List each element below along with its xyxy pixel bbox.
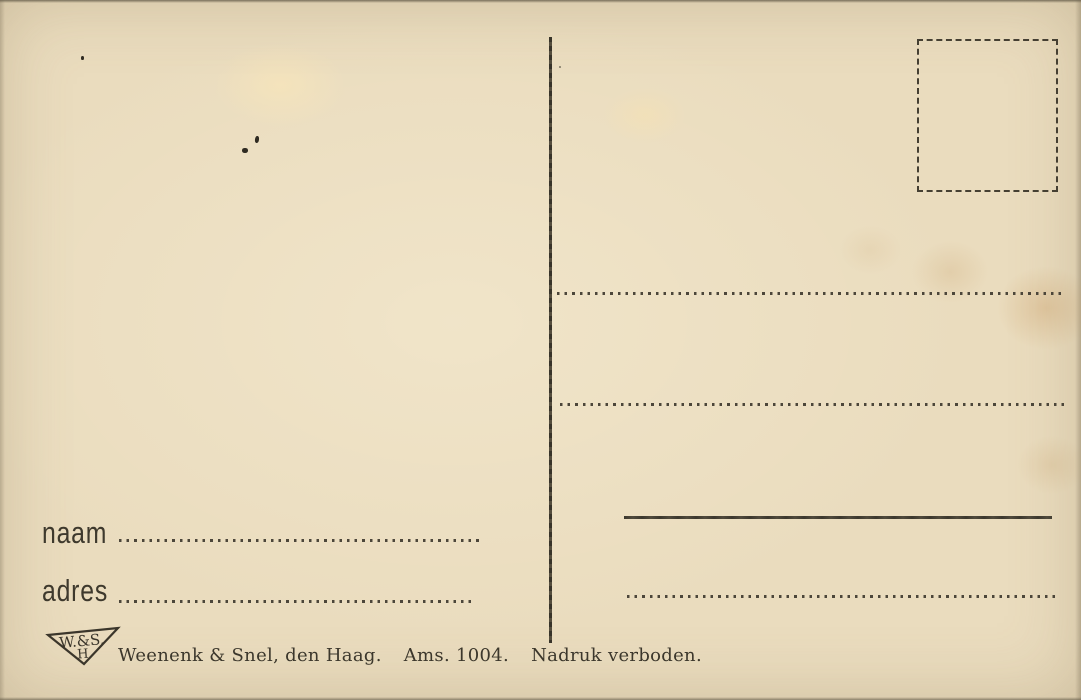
imprint-copyright-notice: Nadruk verboden.: [531, 645, 702, 666]
imprint-line: Weenenk & Snel, den Haag. Ams. 1004. Nad…: [118, 646, 702, 666]
address-ruled-line-3: [627, 595, 1057, 598]
publisher-mark-city-initial: H.: [77, 646, 93, 662]
address-field-line: [119, 600, 471, 603]
publisher-triangle-logo-icon: W.&S. H.: [44, 625, 122, 669]
address-ruled-line-1: [557, 292, 1062, 295]
imprint-publisher: Weenenk & Snel, den Haag.: [118, 645, 382, 666]
address-ruled-line-2: [560, 403, 1065, 406]
ink-speck: [242, 148, 248, 153]
name-field-line: [119, 539, 481, 542]
ink-speck: [559, 66, 561, 68]
address-field-label: adres: [42, 575, 108, 606]
ink-speck: [255, 136, 260, 143]
postcard-back: naam adres W.&S. H. Weenenk & Snel, den …: [0, 0, 1081, 700]
stamp-box: [917, 39, 1058, 192]
name-field-label: naam: [42, 517, 107, 548]
center-divider-line: [549, 37, 552, 643]
imprint-series-number: Ams. 1004.: [404, 645, 509, 666]
ink-speck: [81, 56, 84, 60]
address-solid-line: [624, 516, 1052, 519]
